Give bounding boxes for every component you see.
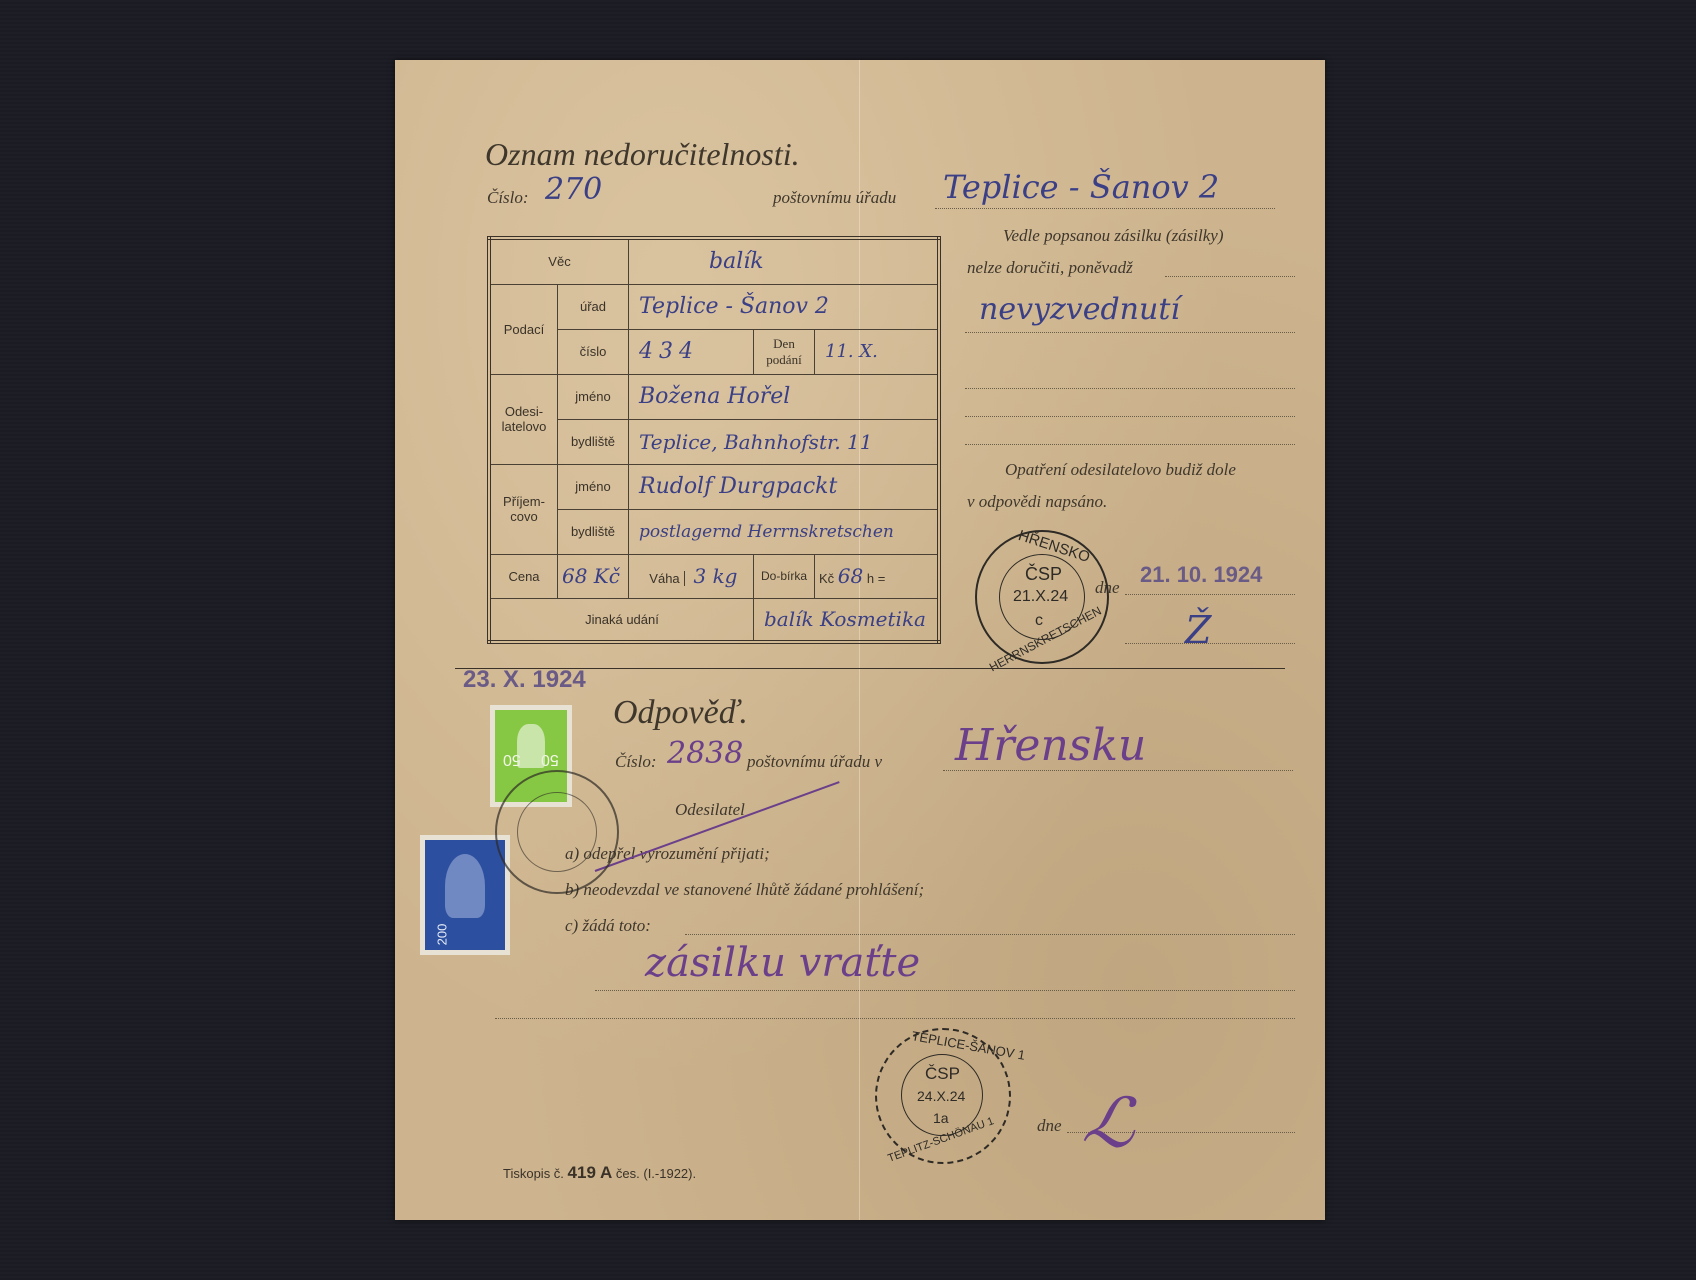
stamps-cancel-postmark: [495, 770, 619, 894]
form-number: Tiskopis č. 419 A čes. (I.-1922).: [503, 1163, 696, 1183]
prijemce-jmeno-label: jméno: [558, 464, 629, 509]
prijemce-bydliste-label: bydliště: [558, 509, 629, 554]
odesilatel-label: Odesilatel: [675, 800, 745, 820]
odpoved-cislo-value: 2838: [667, 736, 743, 771]
kc-label: Kč: [819, 571, 834, 586]
prijemcovo-label: Příjem-covo: [489, 464, 558, 554]
signature-official: Ž: [1185, 608, 1211, 652]
signature-reply: ℒ: [1078, 1076, 1142, 1166]
postal-form: Oznam nedoručitelnosti. Číslo: 270 pošto…: [395, 60, 1325, 1220]
vaha-label: Váha: [644, 571, 685, 586]
date-stamp-21-10: 21. 10. 1924: [1140, 562, 1262, 588]
podaci-cislo-label: číslo: [558, 329, 629, 374]
odesilatel-jmeno-value: Božena Hořel: [629, 374, 940, 419]
podaci-cislo-value: 434: [629, 329, 754, 374]
podaci-label: Podací: [489, 284, 558, 374]
odpoved-dne-label: dne: [1037, 1116, 1062, 1136]
vec-label: Věc: [489, 238, 629, 284]
dobirka-value: 68: [838, 564, 863, 588]
vaha-value: 3 kg: [685, 564, 737, 588]
h-label: h =: [867, 571, 885, 586]
prijemce-bydliste-value: postlagernd Herrnskretschen: [629, 509, 940, 554]
urad-value: Teplice - Šanov 2: [943, 168, 1219, 206]
consignment-table: Věc balík Podací úřad Teplice - Šanov 2 …: [487, 236, 941, 644]
cena-value: 68 Kč: [558, 554, 629, 598]
opatreni-line2: v odpovědi napsáno.: [967, 492, 1107, 512]
odesilatel-bydliste-value: Teplice, Bahnhofstr. 11: [629, 419, 940, 464]
form-title: Oznam nedoručitelnosti.: [485, 136, 800, 173]
podaci-urad-label: úřad: [558, 284, 629, 329]
received-date-stamp: 23. X. 1924: [463, 666, 586, 694]
den-podani-label: Den podání: [754, 329, 815, 374]
postage-stamp-blue-200: 200: [425, 840, 505, 950]
option-c: c) žádá toto:: [565, 916, 651, 936]
odesilatel-bydliste-label: bydliště: [558, 419, 629, 464]
reason-value: nevyzvednutí: [979, 292, 1180, 327]
odesilatel-jmeno-label: jméno: [558, 374, 629, 419]
odpoved-title: Odpověď.: [613, 694, 748, 732]
odpoved-cislo-label: Číslo:: [615, 752, 657, 772]
dobirka-label: Do-bírka: [754, 554, 815, 598]
hrensko-postmark: HŘENSKO ČSP 21.X.24 c HERRNSKRETSCHEN: [975, 530, 1109, 664]
teplice-postmark: TEPLICE-ŠANOV 1 ČSP 24.X.24 1a TEPLITZ-S…: [875, 1028, 1011, 1164]
odpoved-urad-label: poštovnímu úřadu v: [747, 752, 882, 772]
cislo-value: 270: [545, 172, 602, 207]
odpoved-urad-value: Hřensku: [955, 720, 1146, 771]
right-line1: Vedle popsanou zásilku (zásilky): [1003, 226, 1224, 246]
den-podani-value: 11. X.: [815, 329, 940, 374]
cislo-label: Číslo:: [487, 188, 529, 208]
odesilatelovo-label: Odesi-latelovo: [489, 374, 558, 464]
jinaka-value: balík Kosmetika: [754, 598, 940, 642]
podaci-urad-value: Teplice - Šanov 2: [629, 284, 940, 329]
right-line2: nelze doručiti, poněvadž: [967, 258, 1133, 278]
option-b: b) neodevzdal ve stanovené lhůtě žádané …: [565, 880, 924, 900]
vec-value: balík: [629, 238, 940, 284]
cena-label: Cena: [489, 554, 558, 598]
opatreni-line1: Opatření odesilatelovo budiž dole: [1005, 460, 1236, 480]
request-value: zásilku vraťte: [645, 940, 920, 986]
jinaka-label: Jinaká udání: [489, 598, 754, 642]
urad-label: poštovnímu úřadu: [773, 188, 896, 208]
prijemce-jmeno-value: Rudolf Durgpackt: [629, 464, 940, 509]
